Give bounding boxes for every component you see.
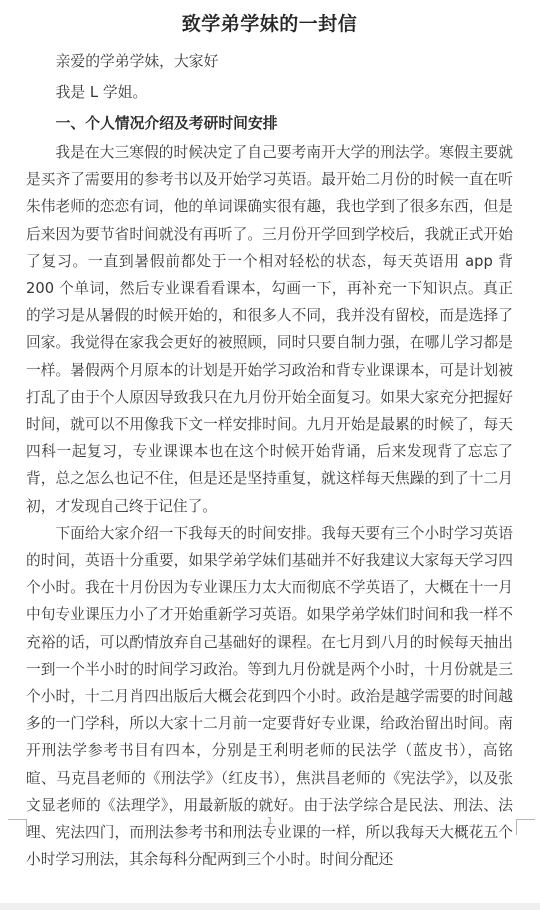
- document-page: 致学弟学妹的一封信 亲爱的学弟学妹，大家好 我是 L 学姐。 一、个人情况介绍及…: [0, 0, 540, 903]
- body-paragraph-1: 我是在大三寒假的时候决定了自己要考南开大学的刑法学。寒假主要就是买齐了需要用的参…: [26, 139, 513, 520]
- section-heading: 一、个人情况介绍及考研时间安排: [26, 108, 513, 139]
- document-title: 致学弟学妹的一封信: [26, 8, 513, 41]
- page-number: 1: [0, 815, 540, 829]
- self-intro-line: 我是 L 学姐。: [26, 77, 513, 108]
- document-canvas: 致学弟学妹的一封信 亲爱的学弟学妹，大家好 我是 L 学姐。 一、个人情况介绍及…: [0, 0, 540, 910]
- canvas-background-strip: [0, 903, 540, 910]
- salutation-line: 亲爱的学弟学妹，大家好: [26, 46, 513, 77]
